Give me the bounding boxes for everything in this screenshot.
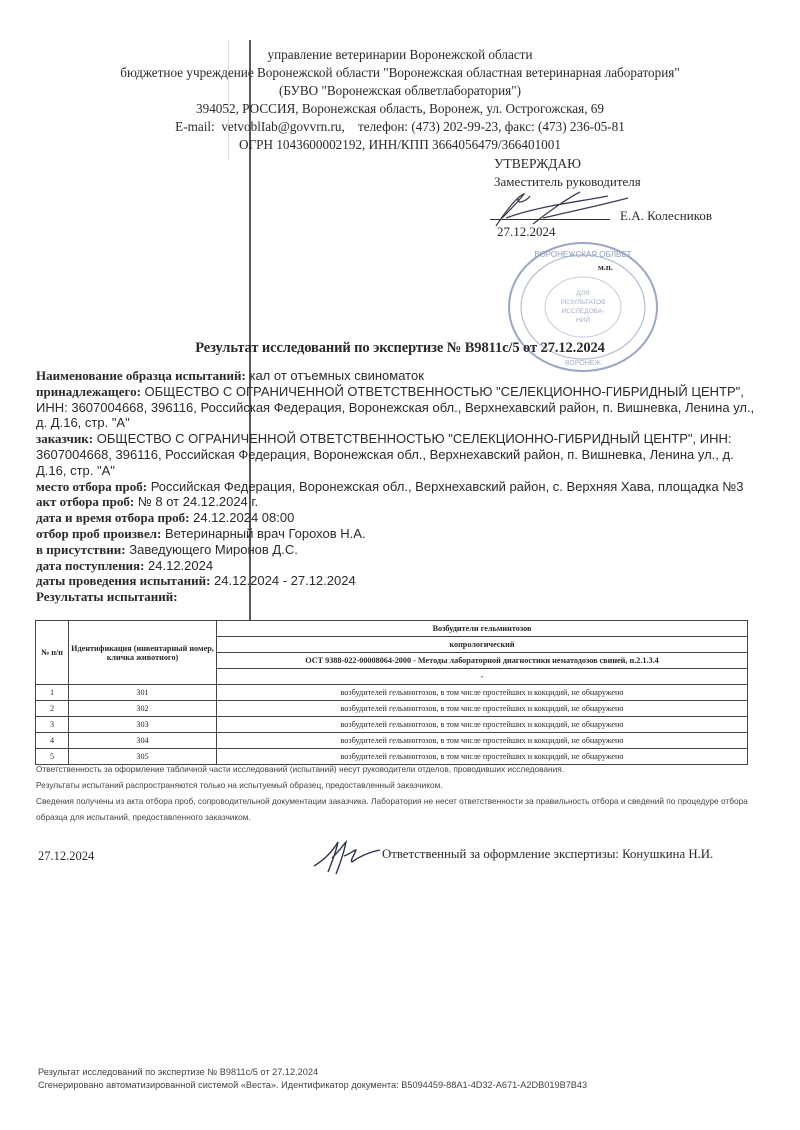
header-contacts: E-mail: vetvoblIab@govvrn.ru, телефон: (…	[0, 118, 800, 136]
field-sampling-datetime: дата и время отбора проб: 24.12.2024 08:…	[36, 510, 756, 526]
field-value: 24.12.2024 08:00	[190, 510, 295, 525]
ogrn-line: ОГРН 1043600002192, ИНН/КПП 3664056479/3…	[0, 136, 800, 154]
results-label: Результаты испытаний:	[36, 589, 756, 605]
results-heading: Результаты испытаний:	[36, 589, 178, 604]
field-sampling-place: место отбора проб: Российская Федерация,…	[36, 479, 756, 495]
field-label: дата и время отбора проб:	[36, 510, 190, 525]
table-row: 2 302 возбудителей гельминтозов, в том ч…	[36, 701, 748, 717]
col-header-id: Идентификация (инвентарный номер, кличка…	[69, 621, 217, 685]
row-result: возбудителей гельминтозов, в том числе п…	[217, 685, 748, 701]
approval-title: УТВЕРЖДАЮ	[494, 155, 641, 173]
document-title: Результат исследований по экспертизе № В…	[0, 340, 800, 357]
row-id: 301	[69, 685, 217, 701]
col-header-num: № п/п	[36, 621, 69, 685]
row-result: возбудителей гельминтозов, в том числе п…	[217, 717, 748, 733]
header-standard: ОСТ 9388-022-00008064-2000 - Методы лабо…	[217, 653, 748, 669]
note: Ответственность за оформление табличной …	[36, 761, 766, 777]
field-label: в присутствии:	[36, 542, 126, 557]
header-line: бюджетное учреждение Воронежской области…	[0, 64, 800, 82]
row-num: 4	[36, 733, 69, 749]
footer-line: Сгенерировано автоматизированной системо…	[38, 1079, 587, 1092]
svg-text:ИССЛЕДОВА-: ИССЛЕДОВА-	[562, 308, 605, 315]
approver-name: Е.А. Колесников	[620, 208, 712, 224]
field-value: кал от отъемных свиноматок	[246, 368, 424, 383]
svg-text:РЕЗУЛЬТАТОВ: РЕЗУЛЬТАТОВ	[561, 299, 606, 306]
field-label: место отбора проб:	[36, 479, 147, 494]
footer-line: Результат исследований по экспертизе № В…	[38, 1066, 587, 1079]
table-row: 1 301 возбудителей гельминтозов, в том ч…	[36, 685, 748, 701]
results-table: № п/п Идентификация (инвентарный номер, …	[35, 620, 748, 765]
email-link[interactable]: vetvoblIab@govvrn.ru,	[221, 119, 344, 134]
sample-info: Наименование образца испытаний: кал от о…	[36, 368, 756, 605]
org-header: управление ветеринарии Воронежской облас…	[0, 46, 800, 154]
svg-text:НИЙ: НИЙ	[576, 315, 590, 324]
field-label: Наименование образца испытаний:	[36, 368, 246, 383]
approval-block: УТВЕРЖДАЮ Заместитель руководителя	[494, 155, 641, 191]
header-line: управление ветеринарии Воронежской облас…	[0, 46, 800, 64]
signoff-date: 27.12.2024	[38, 849, 94, 864]
field-value: Заведующего Миронов Д.С.	[126, 542, 298, 557]
field-customer: заказчик: ОБЩЕСТВО С ОГРАНИЧЕННОЙ ОТВЕТС…	[36, 431, 756, 478]
email-label: E-mail:	[175, 119, 215, 134]
field-value: 24.12.2024	[144, 558, 213, 573]
notes: Ответственность за оформление табличной …	[36, 761, 766, 825]
field-in-presence: в присутствии: Заведующего Миронов Д.С.	[36, 542, 756, 558]
stamp-mark-label: м.п.	[598, 262, 613, 272]
field-label: даты проведения испытаний:	[36, 573, 210, 588]
note: Результаты испытаний распространяются то…	[36, 777, 766, 793]
field-label: дата поступления:	[36, 558, 144, 573]
row-result: возбудителей гельминтозов, в том числе п…	[217, 733, 748, 749]
field-test-dates: даты проведения испытаний: 24.12.2024 - …	[36, 573, 756, 589]
phones: телефон: (473) 202-99-23, факс: (473) 23…	[358, 119, 625, 134]
signature-icon	[310, 836, 382, 876]
signature-line	[490, 219, 610, 220]
field-label: заказчик:	[36, 431, 93, 446]
table-row: 3 303 возбудителей гельминтозов, в том ч…	[36, 717, 748, 733]
responsible-person: Ответственный за оформление экспертизы: …	[382, 847, 713, 862]
header-method-type: копрологический	[217, 637, 748, 653]
field-owner: принадлежащего: ОБЩЕСТВО С ОГРАНИЧЕННОЙ …	[36, 384, 756, 431]
svg-text:ВОРОНЕЖСКАЯ ОБЛВЕТ: ВОРОНЕЖСКАЯ ОБЛВЕТ	[534, 250, 631, 259]
field-sampled-by: отбор проб произвел: Ветеринарный врач Г…	[36, 526, 756, 542]
field-label: принадлежащего:	[36, 384, 141, 399]
row-id: 303	[69, 717, 217, 733]
row-num: 2	[36, 701, 69, 717]
note: Сведения получены из акта отбора проб, с…	[36, 793, 766, 825]
row-id: 304	[69, 733, 217, 749]
header-line: 394052, РОССИЯ, Воронежская область, Вор…	[0, 100, 800, 118]
row-result: возбудителей гельминтозов, в том числе п…	[217, 701, 748, 717]
row-num: 3	[36, 717, 69, 733]
svg-text:ДЛЯ: ДЛЯ	[576, 290, 590, 297]
field-received-date: дата поступления: 24.12.2024	[36, 558, 756, 574]
field-sampling-act: акт отбора проб: № 8 от 24.12.2024 г.	[36, 494, 756, 510]
row-num: 1	[36, 685, 69, 701]
field-value: Ветеринарный врач Горохов Н.А.	[161, 526, 365, 541]
field-label: акт отбора проб:	[36, 494, 134, 509]
header-line: (БУВО "Воронежская облветлаборатория")	[0, 82, 800, 100]
svg-text:ВОРОНЕЖ: ВОРОНЕЖ	[565, 360, 602, 367]
field-value: ОБЩЕСТВО С ОГРАНИЧЕННОЙ ОТВЕТСТВЕННОСТЬЮ…	[36, 431, 734, 478]
field-value: Российская Федерация, Воронежская обл., …	[147, 479, 743, 494]
table-row: 4 304 возбудителей гельминтозов, в том ч…	[36, 733, 748, 749]
row-id: 302	[69, 701, 217, 717]
field-value: № 8 от 24.12.2024 г.	[134, 494, 258, 509]
field-value: ОБЩЕСТВО С ОГРАНИЧЕННОЙ ОТВЕТСТВЕННОСТЬЮ…	[36, 384, 754, 431]
header-pathogen: Возбудители гельминтозов	[217, 621, 748, 637]
footer: Результат исследований по экспертизе № В…	[38, 1066, 587, 1092]
field-value: 24.12.2024 - 27.12.2024	[210, 573, 355, 588]
field-label: отбор проб произвел:	[36, 526, 161, 541]
header-units: -	[217, 669, 748, 685]
field-sample-name: Наименование образца испытаний: кал от о…	[36, 368, 756, 384]
